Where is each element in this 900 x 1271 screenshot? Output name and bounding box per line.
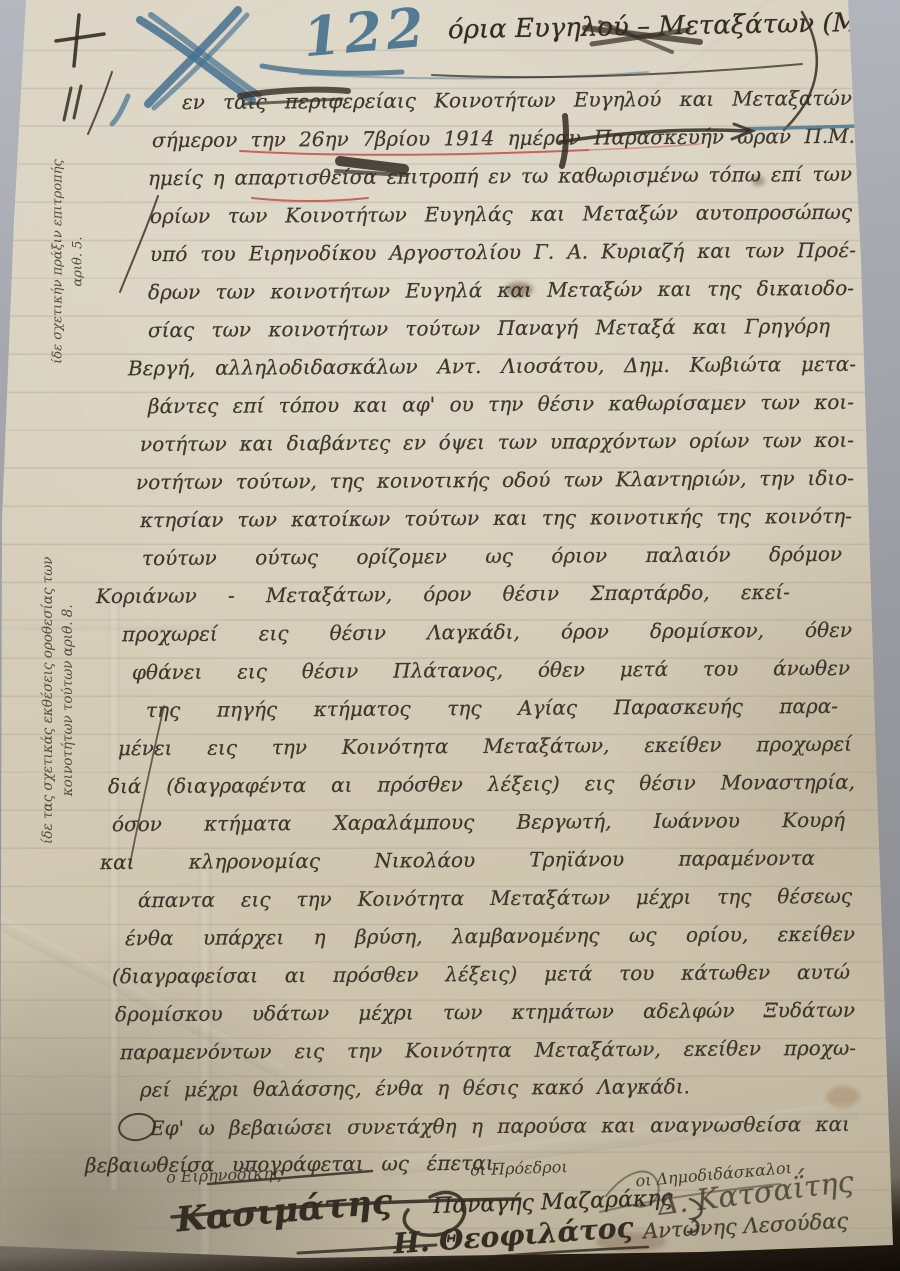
manuscript-line: ορίων των Κοινοτήτων Ευγηλάς και Μεταξών… bbox=[150, 197, 852, 231]
manuscript-line: νοτήτων και διαβάντες εν όψει των υπαρχό… bbox=[140, 425, 854, 459]
manuscript-line: Εφ' ω βεβαιώσει συνετάχθη η παρούσα και … bbox=[150, 1109, 850, 1143]
manuscript-line: υπό του Ειρηνοδίκου Αργοστολίου Γ. Α. Κυ… bbox=[150, 235, 856, 269]
manuscript-line: βάντες επί τόπου και αφ' ου την θέσιν κα… bbox=[148, 387, 854, 421]
signature-column-justice: ο Ειρηνοδίκης Κασιμάτης bbox=[158, 1163, 428, 1263]
manuscript-line: εν ταις περιφερείαις Κοινοτήτων Ευγηλού … bbox=[182, 83, 852, 117]
manuscript-line: προχωρεί εις θέσιν Λαγκάδι, όρον δρομίσκ… bbox=[122, 615, 852, 649]
manuscript-line: τούτων ούτως ορίζομεν ως όριον παλαιόν δ… bbox=[142, 539, 842, 573]
blue-tail-stroke bbox=[112, 96, 128, 124]
manuscript-line: ημείς η απαρτισθείσα επιτροπή εν τω καθω… bbox=[148, 159, 852, 193]
margin-note-ref-5: ίδε σχετικήν πράξιν επιτροπής αριθ. 5. bbox=[49, 152, 88, 372]
manuscript-line: (διαγραφείσαι αι πρόσθεν λέξεις) μετά το… bbox=[112, 957, 850, 992]
blue-underline bbox=[262, 66, 402, 73]
title-underline bbox=[432, 64, 802, 77]
paper-crease bbox=[108, 590, 120, 1190]
manuscript-line: δρων των κοινοτήτων Ευγηλά και Μεταξών κ… bbox=[148, 273, 854, 307]
double-bar-mark bbox=[64, 88, 71, 120]
manuscript-line: Βεργή, αλληλοδιδασκάλων Αντ. Λιοσάτου, Δ… bbox=[128, 349, 856, 383]
double-bar-mark bbox=[74, 86, 81, 118]
manuscript-line: φθάνει εις θέσιν Πλάτανος, όθεν μετά του… bbox=[132, 653, 850, 687]
manuscript-line: σίας των κοινοτήτων τούτων Παναγή Μεταξά… bbox=[148, 311, 830, 345]
manuscript-line: ρεί μέχρι θαλάσσης, ένθα η θέσις κακό Λα… bbox=[140, 1071, 690, 1104]
blue-x-mark bbox=[151, 15, 259, 95]
manuscript-line: και κληρονομίας Νικολάου Τρηϊάνου παραμέ… bbox=[100, 843, 815, 877]
archive-number: 122 bbox=[300, 0, 430, 69]
pencil-underline bbox=[300, 72, 648, 78]
manuscript-line: παραμενόντων εις την Κοινότητα Μεταξάτων… bbox=[120, 1033, 856, 1067]
signature-name: Κασιμάτης bbox=[175, 1182, 394, 1241]
plus-cross-mark bbox=[56, 34, 104, 41]
manuscript-line: της πηγής κτήματος της Αγίας Παρασκευής … bbox=[146, 691, 838, 725]
manuscript-line: διά (διαγραφέντα αι πρόσθεν λέξεις) εις … bbox=[108, 767, 855, 802]
margin-note-ref-8: ίδε τας σχετικάς εκθέσεις οροθεσίας των … bbox=[38, 550, 79, 850]
manuscript-line: νοτήτων τούτων, της κοινοτικής οδού των … bbox=[136, 463, 854, 497]
manuscript-line: Κοριάνων - Μεταξάτων, όρον θέσιν Σπαρτάρ… bbox=[96, 577, 790, 611]
manuscript-line: σήμερον την 26ην 7βρίου 1914 ημέραν Παρα… bbox=[152, 121, 855, 155]
manuscript-line: κτησίαν των κατοίκων τούτων και της κοιν… bbox=[140, 501, 852, 535]
signature-column-schoolteachers: οι Δημοδιδάσκαλοι Δ. Κατσαΐτης Αντώνης Λ… bbox=[635, 1160, 900, 1270]
manuscript-line: όσον κτήματα Χαραλάμπους Βεργωτή, Ιωάννο… bbox=[112, 805, 845, 839]
manuscript-line: ένθα υπάρχει η βρύση, λαμβανομένης ως ορ… bbox=[125, 919, 855, 953]
document-title: όρια Ευγηλού – Μεταξάτων (Μανζά) bbox=[448, 9, 818, 45]
signature-underline bbox=[592, 1263, 668, 1269]
manuscript-line: μένει εις την Κοινότητα Μεταξάτων, εκείθ… bbox=[118, 729, 852, 763]
signature-name: Η. Θεοφιλάτος bbox=[392, 1211, 634, 1261]
manuscript-line: άπαντα εις την Κοινότητα Μεταξάτων μέχρι… bbox=[138, 881, 852, 915]
photo-of-manuscript: { "colors":{ "paper":"#d7cebc", "ink":"#… bbox=[0, 0, 900, 1271]
paper-stain bbox=[826, 1086, 860, 1108]
margin-slash bbox=[88, 72, 112, 134]
manuscript-line: δρομίσκου υδάτων μέχρι των κτημάτων αδελ… bbox=[115, 995, 855, 1030]
manuscript-page: 122 όρια Ευγηλού – Μεταξάτων (Μανζά) εν … bbox=[0, 0, 900, 1271]
plus-cross-mark bbox=[74, 15, 79, 66]
